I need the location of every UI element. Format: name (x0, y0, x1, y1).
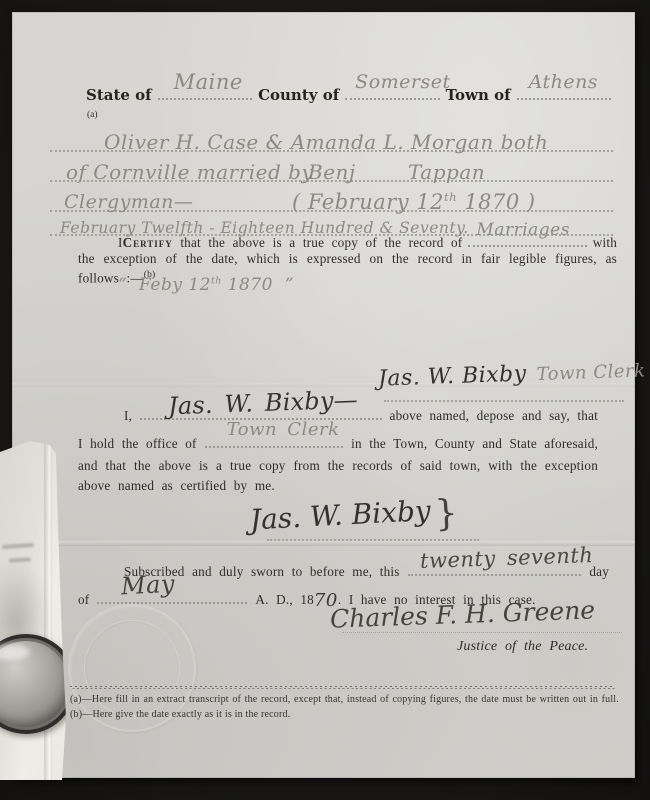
footnote-divider (70, 686, 615, 689)
jurat-ad-label: A. D., 18 (255, 592, 314, 609)
central-signature: Jas. W. Bixby } (249, 493, 459, 545)
signature-brace: } (434, 493, 459, 535)
month-blank: May (97, 588, 247, 604)
clerk-attestation: Jas. W. Bixby Town Clerk (378, 357, 646, 391)
record-type-blank: Marriages (468, 231, 586, 247)
footnote-a: (a)—Here fill in an extract transcript o… (70, 694, 619, 705)
clerk-attestation-title: Town Clerk (536, 360, 646, 385)
footnote-b: (b)—Here give the date exactly as it is … (70, 709, 619, 720)
scanned-document-photo: { "colors":{"paper":"#d6d5d1","overlay_p… (0, 0, 650, 800)
town-value: Athens (529, 71, 599, 93)
deposition-line-2-post: in the Town, County and State aforesaid, (351, 436, 598, 453)
county-label: County of (258, 86, 339, 104)
record-line-1: Oliver H. Case & Amanda L. Morgan both (50, 116, 613, 152)
quoted-date: “ Feby 12th 1870 ” (118, 275, 294, 295)
deposition-line-1: I, Jas. W. Bixby— above named, depose an… (124, 404, 598, 425)
town-label: Town of (446, 86, 511, 104)
day-value: twenty seventh (419, 542, 593, 574)
jurat-of-label: of (78, 592, 89, 609)
central-signature-rule (267, 539, 479, 541)
deposition-line-2-pre: I hold the office of (78, 436, 197, 453)
justice-title: Justice of the Peace. (457, 638, 588, 656)
central-signature-name: Jas. W. Bixby (249, 494, 431, 536)
state-label: State of (86, 86, 152, 104)
jurat-line-1: Subscribed and duly sworn to before me, … (124, 560, 609, 581)
record-line-2: of Cornville married by Benj Tappan (50, 148, 613, 182)
certify-line-1: I Certify that the above is a true copy … (118, 231, 617, 252)
clerk-attestation-signature: Jas. W. Bixby (378, 361, 527, 391)
record-type-value: Marriages (476, 220, 570, 241)
county-blank: Somerset (345, 84, 439, 100)
deposition-line-1-rest: above named, depose and say, that (390, 408, 598, 425)
deposition-line-2: I hold the office of Town Clerk in the T… (78, 432, 598, 453)
office-blank: Town Clerk (205, 432, 343, 448)
deponent-signature: Jas. W. Bixby— (168, 385, 359, 422)
deposition-line-4: above named as certified by me. (78, 478, 275, 495)
certificate-page: State of Maine County of Somerset Town o… (12, 12, 635, 778)
certify-rest: that the above is a true copy of the rec… (180, 235, 462, 252)
deponent-blank: Jas. W. Bixby— (140, 404, 381, 420)
certify-end: with (593, 235, 617, 252)
clerk-attestation-rule (384, 400, 624, 402)
bleed-through-marks (2, 543, 34, 549)
justice-signature-rule (342, 632, 622, 633)
county-value: Somerset (355, 71, 450, 93)
deposition-i: I, (124, 408, 132, 425)
certify-line-2: the exception of the date, which is expr… (78, 251, 617, 268)
header-line: State of Maine County of Somerset Town o… (86, 84, 611, 104)
state-blank: Maine (158, 84, 252, 100)
office-value: Town Clerk (227, 419, 340, 442)
certify-word: Certify (123, 235, 173, 252)
state-value: Maine (174, 70, 243, 94)
record-line-3: Clergyman— ( February 12th 1870 ) (50, 178, 613, 212)
month-value: May (121, 569, 176, 602)
town-blank: Athens (517, 84, 611, 100)
deposition-line-3: and that the above is a true copy from t… (78, 458, 598, 475)
day-blank: twenty seventh (408, 560, 582, 576)
